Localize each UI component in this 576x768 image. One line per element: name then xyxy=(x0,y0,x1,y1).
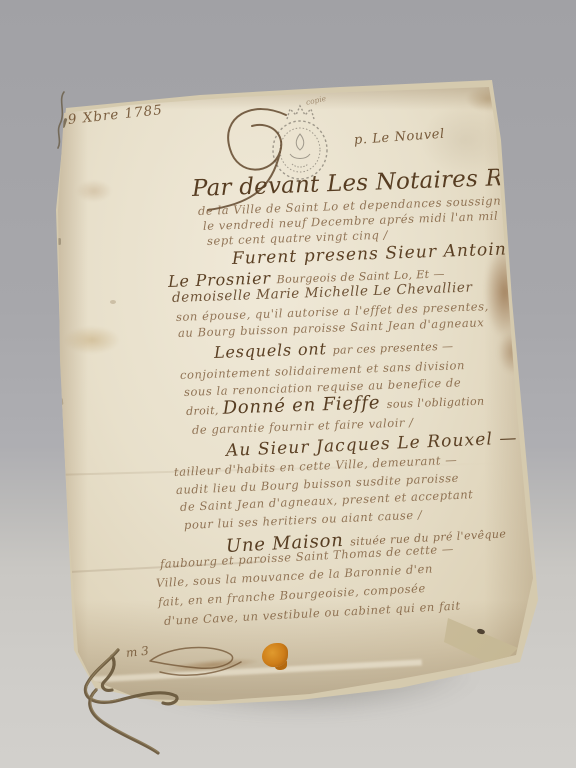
binding-twine xyxy=(0,0,576,768)
photo-canvas: 9 Xbre 1785 copie p. Le Nouvel Par devan… xyxy=(0,0,576,768)
